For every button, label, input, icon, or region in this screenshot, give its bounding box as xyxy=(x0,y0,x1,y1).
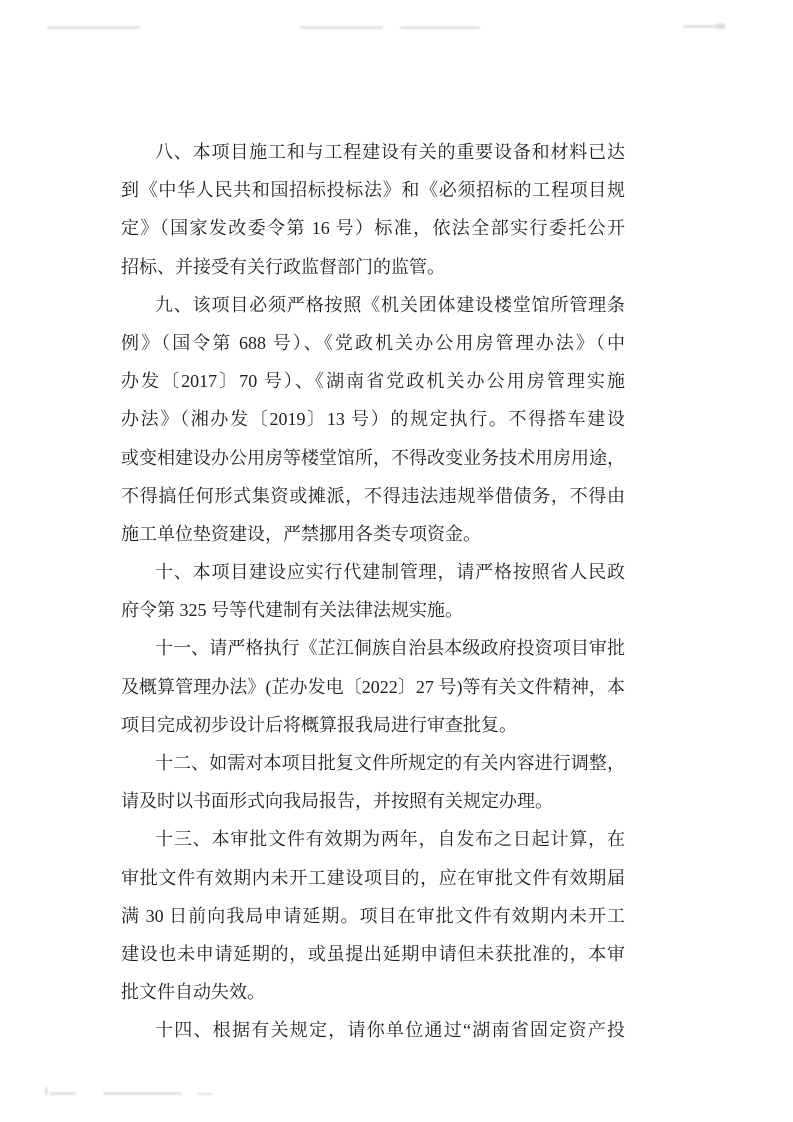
scan-artifact xyxy=(45,1087,48,1095)
text-line: 十一、请严格执行《芷江侗族自治县本级政府投资项目审批 xyxy=(121,629,625,667)
scan-artifact xyxy=(103,1092,182,1095)
text-line: 审批文件有效期内未开工建设项目的，应在审批文件有效期届 xyxy=(121,859,625,897)
text-line: 定》（国家发改委令第 16 号）标准，依法全部实行委托公开 xyxy=(121,209,625,247)
scan-artifact xyxy=(716,23,725,29)
text-line: 十三、本审批文件有效期为两年，自发布之日起计算，在 xyxy=(121,820,625,858)
paragraph: 九、该项目必须严格按照《机关团体建设楼堂馆所管理条例》（国令第 688 号）、《… xyxy=(121,286,625,553)
text-line: 及概算管理办法》(芷办发电〔2022〕27 号)等有关文件精神，本 xyxy=(121,668,625,706)
paragraph: 十二、如需对本项目批复文件所规定的有关内容进行调整，请及时以书面形式向我局报告，… xyxy=(121,744,625,820)
text-line: 招标、并接受有关行政监督部门的监管。 xyxy=(121,248,625,286)
text-line: 办法》（湘办发〔2019〕13 号）的规定执行。不得搭车建设 xyxy=(121,400,625,438)
paragraph: 十一、请严格执行《芷江侗族自治县本级政府投资项目审批及概算管理办法》(芷办发电〔… xyxy=(121,629,625,744)
text-line: 府令第 325 号等代建制有关法律法规实施。 xyxy=(121,591,625,629)
scan-artifact xyxy=(300,26,383,29)
scan-artifact xyxy=(47,26,140,29)
text-line: 办发〔2017〕70 号）、《湖南省党政机关办公用房管理实施 xyxy=(121,362,625,400)
text-line: 八、本项目施工和与工程建设有关的重要设备和材料已达 xyxy=(121,133,625,171)
scan-artifact xyxy=(50,1092,76,1095)
paragraph: 十三、本审批文件有效期为两年，自发布之日起计算，在审批文件有效期内未开工建设项目… xyxy=(121,820,625,1011)
text-line: 到《中华人民共和国招标投标法》和《必须招标的工程项目规 xyxy=(121,171,625,209)
text-line: 十、本项目建设应实行代建制管理，请严格按照省人民政 xyxy=(121,553,625,591)
document-body: 八、本项目施工和与工程建设有关的重要设备和材料已达到《中华人民共和国招标投标法》… xyxy=(121,133,625,1050)
text-line: 项目完成初步设计后将概算报我局进行审查批复。 xyxy=(121,706,625,744)
text-line: 九、该项目必须严格按照《机关团体建设楼堂馆所管理条 xyxy=(121,286,625,324)
text-line: 建设也未申请延期的，或虽提出延期申请但未获批准的，本审 xyxy=(121,935,625,973)
scan-artifact xyxy=(400,26,480,29)
text-line: 十四、根据有关规定，请你单位通过“湖南省固定资产投 xyxy=(121,1011,625,1049)
paragraph: 八、本项目施工和与工程建设有关的重要设备和材料已达到《中华人民共和国招标投标法》… xyxy=(121,133,625,286)
document-page: 八、本项目施工和与工程建设有关的重要设备和材料已达到《中华人民共和国招标投标法》… xyxy=(0,0,793,1122)
text-line: 请及时以书面形式向我局报告，并按照有关规定办理。 xyxy=(121,782,625,820)
text-line: 十二、如需对本项目批复文件所规定的有关内容进行调整， xyxy=(121,744,625,782)
text-line: 不得搞任何形式集资或摊派，不得违法违规举借债务，不得由 xyxy=(121,477,625,515)
text-line: 满 30 日前向我局申请延期。项目在审批文件有效期内未开工 xyxy=(121,897,625,935)
text-line: 例》（国令第 688 号）、《党政机关办公用房管理办法》（中 xyxy=(121,324,625,362)
text-line: 批文件自动失效。 xyxy=(121,973,625,1011)
paragraph: 十四、根据有关规定，请你单位通过“湖南省固定资产投 xyxy=(121,1011,625,1049)
text-line: 或变相建设办公用房等楼堂馆所，不得改变业务技术用房用途， xyxy=(121,439,625,477)
paragraph: 十、本项目建设应实行代建制管理，请严格按照省人民政府令第 325 号等代建制有关… xyxy=(121,553,625,629)
text-line: 施工单位垫资建设，严禁挪用各类专项资金。 xyxy=(121,515,625,553)
scan-artifact xyxy=(197,1093,213,1095)
